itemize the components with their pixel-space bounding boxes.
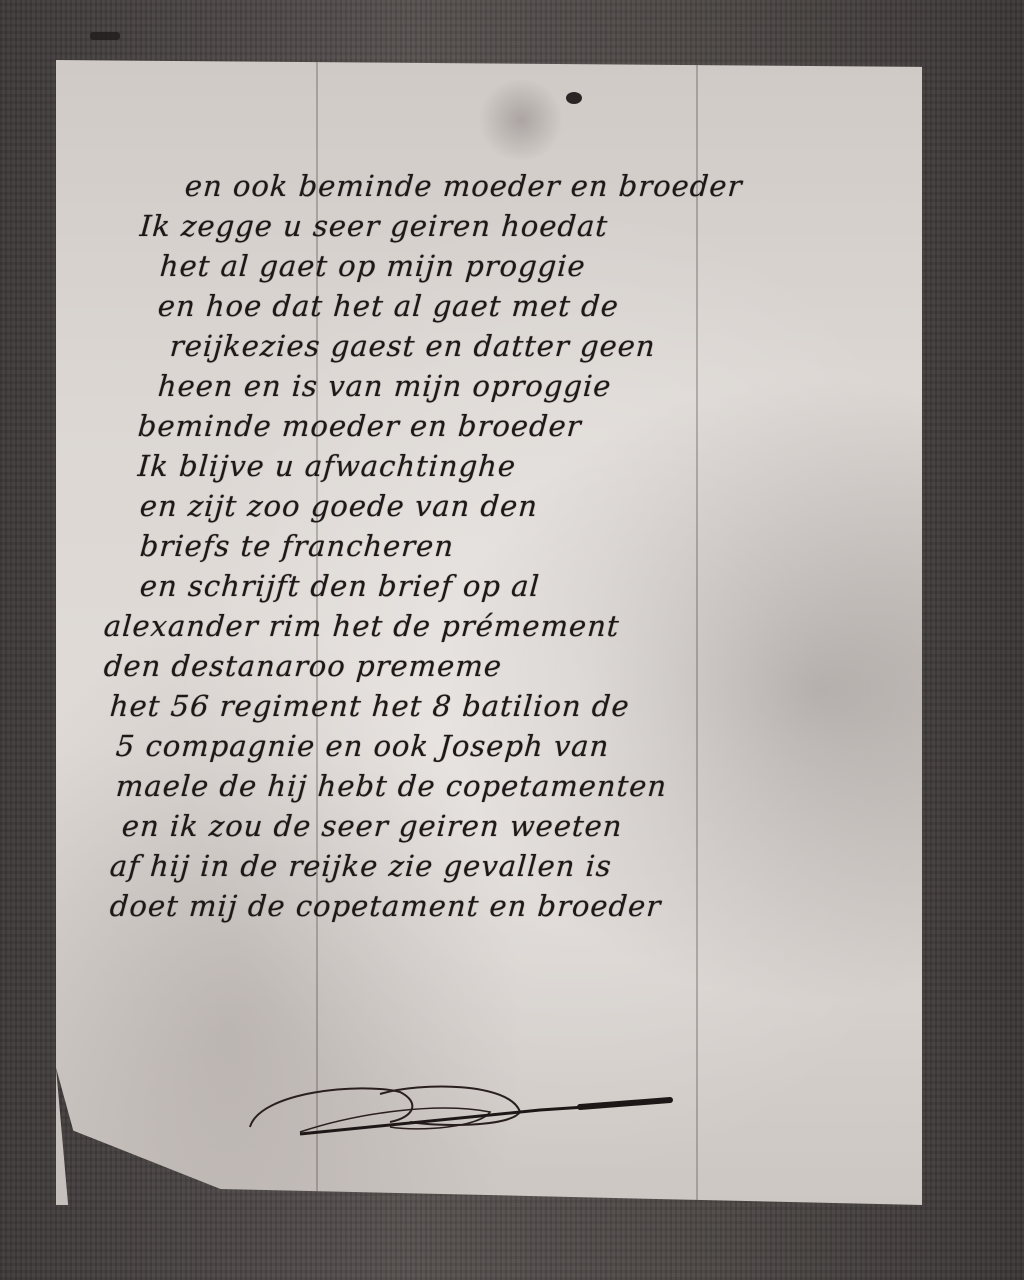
letter-line: reijkezies gaest en datter geen	[99, 326, 882, 366]
letter-body: en ook beminde moeder en broeder Ik zegg…	[100, 166, 880, 926]
letter-line: Ik zegge u seer geiren hoedat	[99, 206, 882, 246]
letter-line: af hij in de reijke zie gevallen is	[99, 846, 882, 886]
letter-line: het 56 regiment het 8 batilion de	[99, 686, 882, 726]
letter-line: en ook beminde moeder en broeder	[99, 166, 882, 206]
background-mark	[90, 32, 120, 40]
letter-line: maele de hij hebt de copetamenten	[99, 766, 882, 806]
letter-line: en zijt zoo goede van den	[99, 486, 882, 526]
letter-line: beminde moeder en broeder	[99, 406, 882, 446]
letter-line: den destanaroo prememe	[99, 646, 882, 686]
letter-line: 5 compagnie en ook Joseph van	[99, 726, 882, 766]
letter-line: en ik zou de seer geiren weeten	[99, 806, 882, 846]
letter-line: het al gaet op mijn proggie	[99, 246, 882, 286]
letter-line: briefs te francheren	[99, 526, 882, 566]
letter-line: alexander rim het de prémement	[99, 606, 882, 646]
letter-line: Ik blijve u afwachtinghe	[99, 446, 882, 486]
letter-line: en hoe dat het al gaet met de	[99, 286, 882, 326]
letter-line: heen en is van mijn oproggie	[99, 366, 882, 406]
signature-flourish: [flourish signature]	[240, 1072, 680, 1142]
letter-line: en schrijft den brief op al	[99, 566, 882, 606]
paper-stain	[476, 80, 566, 160]
paper-hole	[566, 92, 582, 104]
signature-icon	[240, 1072, 680, 1142]
letter-line: doet mij de copetament en broeder	[99, 886, 882, 926]
